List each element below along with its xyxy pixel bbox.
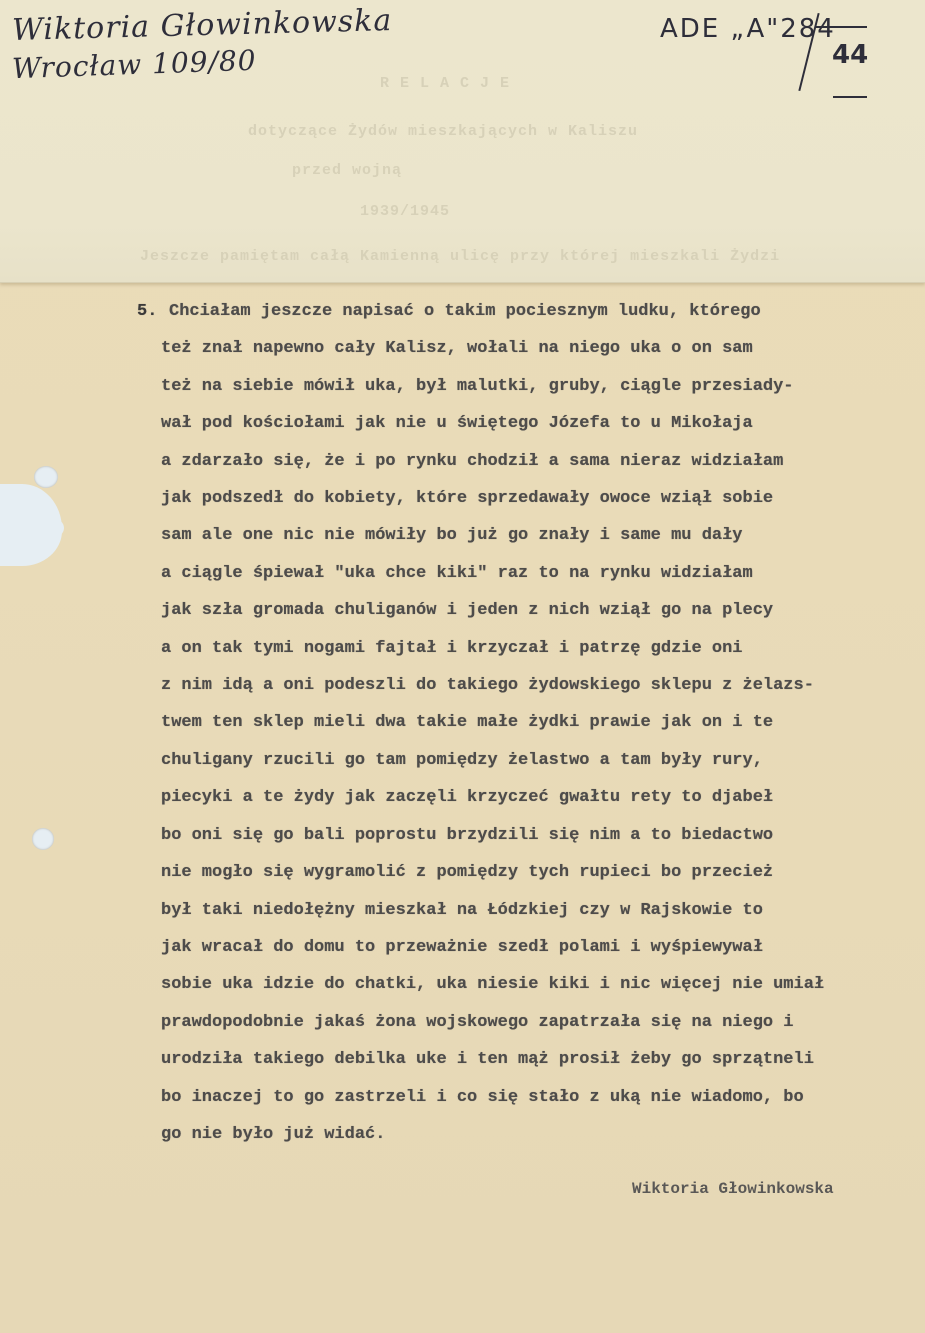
body-line: też na siebie mówił uka, był malutki, gr… — [137, 368, 907, 405]
typed-signature: Wiktoria Głowinkowska — [632, 1180, 834, 1198]
body-line: a on tak tymi nogami fajtał i krzyczał i… — [137, 630, 907, 667]
ghost-line: dotyczące Żydów mieszkających w Kaliszu — [248, 123, 638, 140]
body-line: prawdopodobnie jakaś żona wojskowego zap… — [137, 1004, 907, 1041]
body-line: a zdarzało się, że i po rynku chodził a … — [137, 443, 907, 480]
handwritten-page-number: 44 — [832, 40, 868, 70]
paper-tear — [40, 518, 64, 538]
body-line: 5.Chciałam jeszcze napisać o takim pocie… — [137, 293, 907, 330]
body-line: był taki niedołężny mieszkał na Łódzkiej… — [137, 892, 907, 929]
body-line: chuligany rzucili go tam pomiędzy żelast… — [137, 742, 907, 779]
body-line: twem ten sklep mieli dwa takie małe żydk… — [137, 704, 907, 741]
body-line: go nie było już widać. — [137, 1116, 907, 1153]
body-line: sobie uka idzie do chatki, uka niesie ki… — [137, 966, 907, 1003]
ghost-line: Jeszcze pamiętam całą Kamienną ulicę prz… — [140, 248, 780, 265]
ghost-line: przed wojną — [292, 162, 402, 179]
body-line: też znał napewno cały Kalisz, wołali na … — [137, 330, 907, 367]
body-line: a ciągle śpiewał "uka chce kiki" raz to … — [137, 555, 907, 592]
body-line: urodziła takiego debilka uke i ten mąż p… — [137, 1041, 907, 1078]
handwritten-underline — [833, 96, 867, 98]
body-line: nie mogło się wygramolić z pomiędzy tych… — [137, 854, 907, 891]
typed-body: 5.Chciałam jeszcze napisać o takim pocie… — [137, 293, 907, 1153]
handwritten-archive-ref: ADE „A"284 — [660, 14, 836, 44]
item-number: 5. — [137, 293, 169, 330]
body-line: sam ale one nic nie mówiły bo już go zna… — [137, 517, 907, 554]
body-line: z nim idą a oni podeszli do takiego żydo… — [137, 667, 907, 704]
body-line: jak podszedł do kobiety, które sprzedawa… — [137, 480, 907, 517]
punch-hole — [34, 466, 58, 488]
ghost-line: 1939/1945 — [360, 203, 450, 220]
ghost-heading: R E L A C J E — [380, 75, 510, 92]
body-line: jak wracał do domu to przeważnie szedł p… — [137, 929, 907, 966]
punch-hole — [32, 828, 54, 850]
body-line: bo inaczej to go zastrzeli i co się stał… — [137, 1079, 907, 1116]
body-line: bo oni się go bali poprostu brzydzili si… — [137, 817, 907, 854]
body-line: jak szła gromada chuliganów i jeden z ni… — [137, 592, 907, 629]
body-line: piecyki a te żydy jak zaczęli krzyczeć g… — [137, 779, 907, 816]
handwritten-overline — [815, 26, 867, 28]
body-line: wał pod kościołami jak nie u świętego Jó… — [137, 405, 907, 442]
